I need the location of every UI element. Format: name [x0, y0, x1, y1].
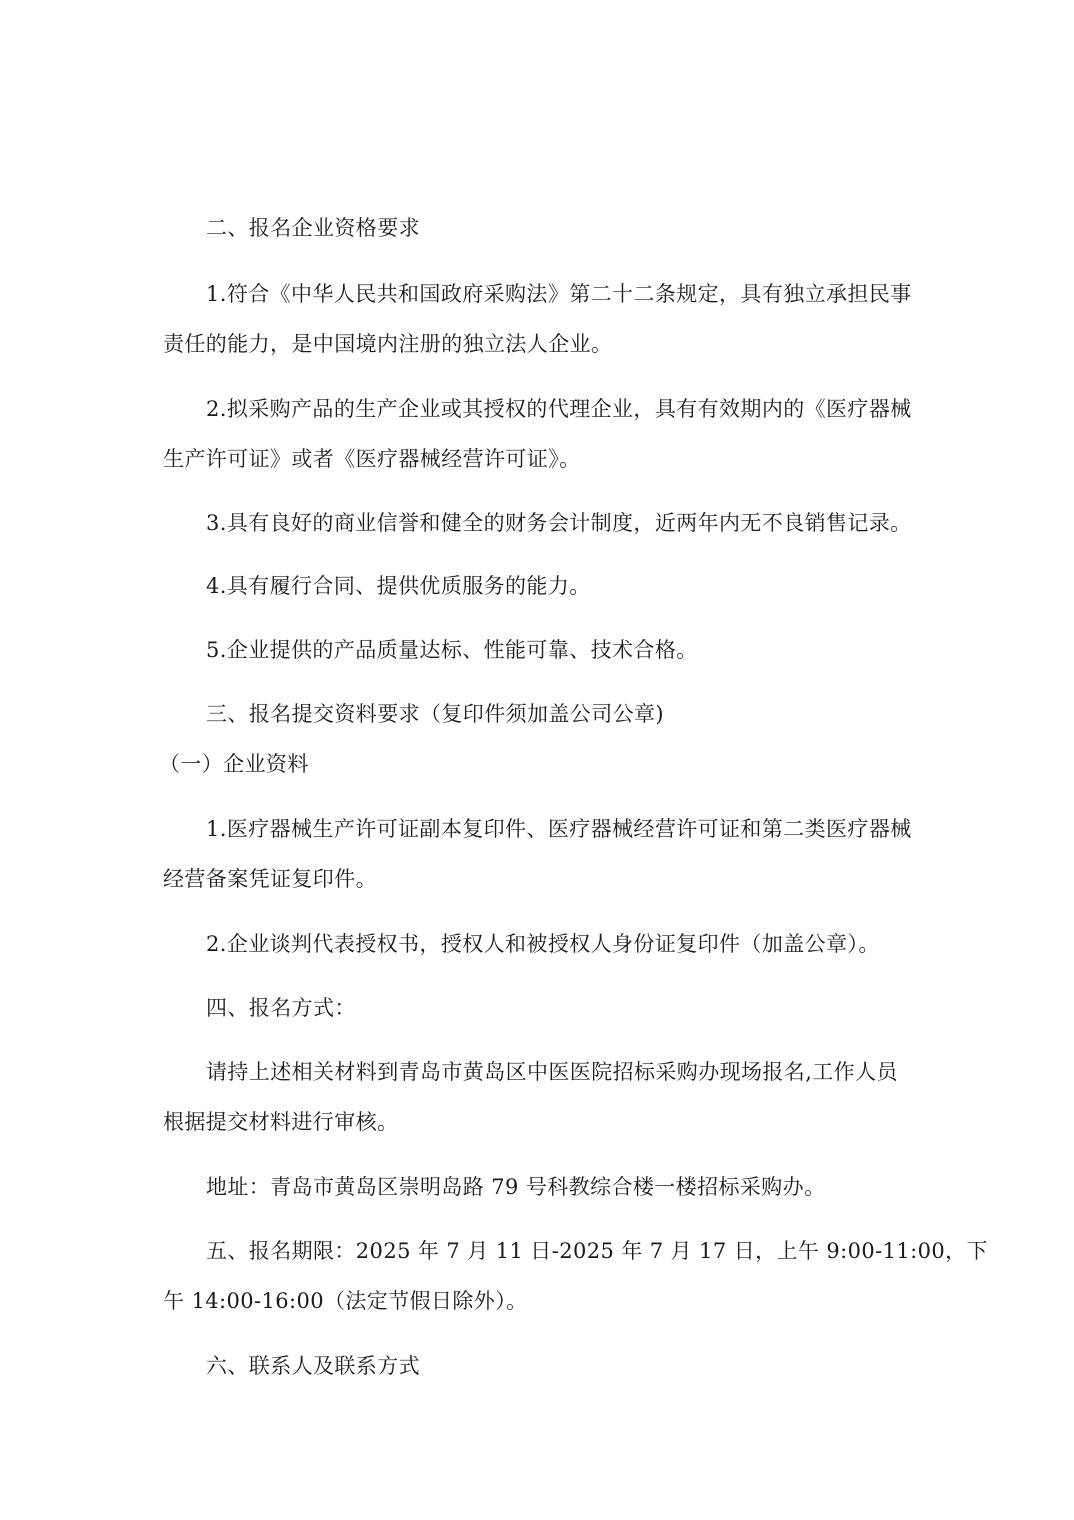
qualification-item-1-line-2: 责任的能力，是中国境内注册的独立法人企业。	[163, 330, 612, 358]
registration-address: 地址：青岛市黄岛区崇明岛路 79 号科教综合楼一楼招标采购办。	[206, 1173, 825, 1201]
section-heading-contact: 六、联系人及联系方式	[206, 1352, 420, 1380]
qualification-item-4: 4.具有履行合同、提供优质服务的能力。	[206, 572, 591, 600]
submission-item-1-line-2: 经营备案凭证复印件。	[163, 865, 377, 893]
subheading-company-materials: （一）企业资料	[159, 750, 309, 778]
section-heading-submission: 三、报名提交资料要求（复印件须加盖公司公章)	[206, 700, 664, 728]
section-heading-qualification: 二、报名企业资格要求	[206, 214, 420, 242]
registration-method-line-2: 根据提交材料进行审核。	[163, 1108, 398, 1136]
registration-period-line-2: 午 14:00-16:00（法定节假日除外）。	[163, 1287, 528, 1315]
document-page: 二、报名企业资格要求 1.符合《中华人民共和国政府采购法》第二十二条规定，具有独…	[0, 0, 1074, 1520]
qualification-item-1-line-1: 1.符合《中华人民共和国政府采购法》第二十二条规定，具有独立承担民事	[206, 280, 912, 308]
registration-period-line-1: 五、报名期限：2025 年 7 月 11 日-2025 年 7 月 17 日，上…	[206, 1237, 988, 1265]
registration-method-line-1: 请持上述相关材料到青岛市黄岛区中医医院招标采购办现场报名,工作人员	[206, 1058, 898, 1086]
qualification-item-2-line-1: 2.拟采购产品的生产企业或其授权的代理企业，具有有效期内的《医疗器械	[206, 395, 912, 423]
submission-item-2: 2.企业谈判代表授权书，授权人和被授权人身份证复印件（加盖公章）。	[206, 930, 880, 958]
submission-item-1-line-1: 1.医疗器械生产许可证副本复印件、医疗器械经营许可证和第二类医疗器械	[206, 815, 912, 843]
qualification-item-2-line-2: 生产许可证》或者《医疗器械经营许可证》。	[163, 445, 581, 473]
qualification-item-5: 5.企业提供的产品质量达标、性能可靠、技术合格。	[206, 636, 698, 664]
qualification-item-3: 3.具有良好的商业信誉和健全的财务会计制度，近两年内无不良销售记录。	[206, 509, 912, 537]
section-heading-registration-method: 四、报名方式：	[206, 994, 356, 1022]
